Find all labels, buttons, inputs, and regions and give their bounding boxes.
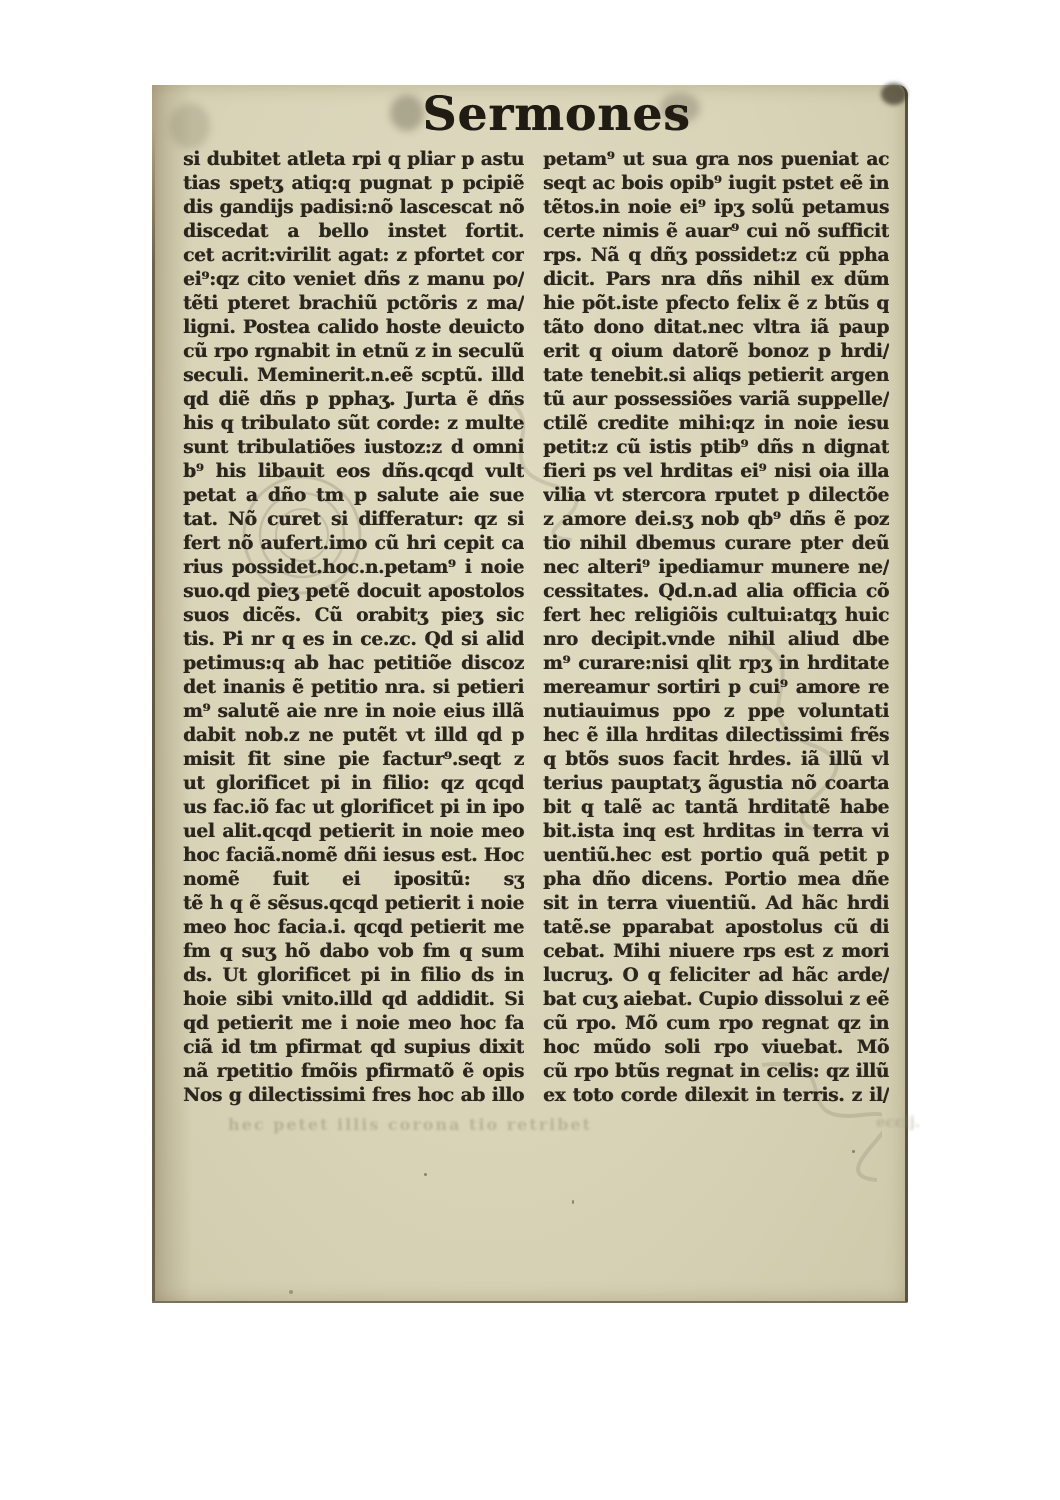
text-line: pha dño dicens. Portio mea dñe: [543, 868, 889, 892]
text-line: terius pauptatʒ ãgustia nõ coarta: [543, 772, 889, 796]
text-line: bit.ista inq est hrditas in terra vi: [543, 820, 889, 844]
text-line: seculi. Meminerit.n.eẽ scptũ. illd: [183, 364, 524, 388]
text-line: det inanis ẽ petitio nra. si petieri: [183, 676, 524, 700]
text-line: his q tribulato sũt corde: z multe: [183, 412, 524, 436]
text-line: qd petierit me i noie meo hoc fa: [183, 1012, 524, 1036]
text-line: discedat a bello instet fortit. dimi/: [183, 220, 524, 244]
text-line: seqt ac bois opib⁹ iugit pstet eẽ in: [543, 172, 889, 196]
ink-smudge: [170, 103, 210, 149]
text-column-left: si dubitet atleta rpi q pliar p astutias…: [183, 148, 524, 1108]
book-page: Sermones si dubitet atleta rpi q pliar p…: [152, 85, 908, 1303]
text-line: qd diẽ dñs p pphaʒ. Jurta ẽ dñs: [183, 388, 524, 412]
page-title: Sermones: [422, 87, 690, 142]
text-line: ciã id tm pfirmat qd supius dixit: [183, 1036, 524, 1060]
text-line: petat a dño tm p salute aie sue pe: [183, 484, 524, 508]
text-line: bat cuʒ aiebat. Cupio dissolui z eẽ: [543, 988, 889, 1012]
text-line: hie põt.iste pfecto felix ẽ z btũs q: [543, 292, 889, 316]
show-through-fragment: ecclj.: [876, 1113, 996, 1131]
text-line: ei⁹:qz cito veniet dñs z manu po/: [183, 268, 524, 292]
text-line: dis gandijs padisi:nõ lascescat nõ: [183, 196, 524, 220]
show-through-smudge: [390, 95, 424, 131]
text-line: cũ rpo. Mõ cum rpo regnat qz in: [543, 1012, 889, 1036]
text-line: ctilẽ credite mihi:qz in noie iesu n: [543, 412, 889, 436]
text-line: sit in terra viuentiũ. Ad hãc hrdi: [543, 892, 889, 916]
text-line: fm q suʒ hõ dabo vob fm q sum: [183, 940, 524, 964]
text-line: erit q oium datorẽ bonoz p hrdi/: [543, 340, 889, 364]
text-line: q btõs suos facit hrdes. iã illũ vl: [543, 748, 889, 772]
text-line: tũ aur possessiões variã suppelle/: [543, 388, 889, 412]
text-line: hoie sibi vnito.illd qd addidit. Si: [183, 988, 524, 1012]
text-line: si dubitet atleta rpi q pliar p astu: [183, 148, 524, 172]
text-line: m⁹ curare:nisi qlit rpʒ in hrditate: [543, 652, 889, 676]
text-line: petit:z cũ istis ptib⁹ dñs n dignat: [543, 436, 889, 460]
text-line: vilia vt stercora rputet p dilectõe: [543, 484, 889, 508]
paper-speck: [289, 1290, 293, 1294]
text-line: tate tenebit.si aliqs petierit argen: [543, 364, 889, 388]
corner-stain: [881, 83, 907, 105]
text-line: bit q talẽ ac tantã hrditatẽ habe: [543, 796, 889, 820]
paper-speck: [572, 1200, 574, 1204]
text-line: nomẽ fuit ei ipositũ: sʒ humanita/: [183, 868, 524, 892]
text-line: Nos g dilectissimi fres hoc ab illo: [183, 1084, 524, 1108]
text-line: nec alteri⁹ ipediamur munere ne/: [543, 556, 889, 580]
text-line: tẽtos.in noie ei⁹ ipʒ solũ petamus: [543, 196, 889, 220]
text-line: rps. Nã q dñʒ possidet:z cũ ppha: [543, 244, 889, 268]
text-line: lucruʒ. O q feliciter ad hãc arde/: [543, 964, 889, 988]
text-line: us fac.iõ fac ut glorificet pi in ipo: [183, 796, 524, 820]
text-line: tias spetʒ atiq:q pugnat p pcipiẽ: [183, 172, 524, 196]
text-line: fieri ps vel hrditas ei⁹ nisi oia illa: [543, 460, 889, 484]
text-line: dabit nob.z ne putẽt vt illd qd p: [183, 724, 524, 748]
text-line: hoc mũdo soli rpo viuebat. Mõ: [543, 1036, 889, 1060]
text-line: nro decipit.vnde nihil aliud dbe: [543, 628, 889, 652]
text-line: tẽ h q ẽ sẽsus.qcqd petierit i noie: [183, 892, 524, 916]
text-line: cessitates. Qd.n.ad alia officia cõ: [543, 580, 889, 604]
text-line: tio nihil dbemus curare pter deũ: [543, 532, 889, 556]
text-line: ex toto corde dilexit in terris. z il/: [543, 1084, 889, 1108]
text-line: tatẽ.se pparabat apostolus cũ di: [543, 916, 889, 940]
text-line: misit fit sine pie factur⁹.seqt z dic: [183, 748, 524, 772]
text-line: ligni. Postea calido hoste deuicto: [183, 316, 524, 340]
text-line: tãto dono ditat.nec vltra iã paup: [543, 316, 889, 340]
text-line: rius possidet.hoc.n.petam⁹ i noie: [183, 556, 524, 580]
text-line: ut glorificet pi in filio: qz qcqd fili: [183, 772, 524, 796]
text-line: hoc faciã.nomẽ dñi iesus est. Hoc: [183, 844, 524, 868]
text-line: sunt tribulatiões iustoz:z d omni: [183, 436, 524, 460]
text-line: fert hec religiõis cultui:atqʒ huic: [543, 604, 889, 628]
text-line: hec ẽ illa hrditas dilectissimi frẽs: [543, 724, 889, 748]
text-line: z amore dei.sʒ nob qb⁹ dñs ẽ poz: [543, 508, 889, 532]
text-line: petimus:q ab hac petitiõe discoz: [183, 652, 524, 676]
text-line: meo hoc facia.i. qcqd petierit me: [183, 916, 524, 940]
text-line: dicit. Pars nra dñs nihil ex dũm: [543, 268, 889, 292]
text-line: ds. Ut glorificet pi in filio ds in: [183, 964, 524, 988]
show-through-text: hec petet illis corona tio retribet: [228, 1115, 848, 1134]
text-line: cebat. Mihi niuere rps est z mori: [543, 940, 889, 964]
text-line: m⁹ salutẽ aie nre in noie eius illã: [183, 700, 524, 724]
text-line: uel alit.qcqd petierit in noie meo: [183, 820, 524, 844]
text-line: petam⁹ ut sua gra nos pueniat ac: [543, 148, 889, 172]
text-line: tẽti pteret brachiũ pctõris z ma/: [183, 292, 524, 316]
text-line: fert nõ aufert.imo cũ hri cepit ca: [183, 532, 524, 556]
paper-speck: [424, 1173, 427, 1176]
text-line: uentiũ.hec est portio quã petit p: [543, 844, 889, 868]
text-line: suos dicẽs. Cũ orabitʒ pieʒ sic dice: [183, 604, 524, 628]
text-column-right: petam⁹ ut sua gra nos pueniat acseqt ac …: [543, 148, 889, 1108]
text-line: suo.qd pieʒ petẽ docuit apostolos: [183, 580, 524, 604]
text-line: cũ rpo rgnabit in etnũ z in seculũ: [183, 340, 524, 364]
text-line: b⁹ his libauit eos dñs.qcqd vult: [183, 460, 524, 484]
text-line: certe nimis ẽ auar⁹ cui nõ sufficit: [543, 220, 889, 244]
paper-speck: [852, 1150, 855, 1153]
text-line: tat. Nõ curet si differatur: qz si dif: [183, 508, 524, 532]
text-line: cet acrit:virilit agat: z pfortet cor: [183, 244, 524, 268]
text-line: cũ rpo btũs regnat in celis: qz illũ: [543, 1060, 889, 1084]
text-line: tis. Pi nr q es in ce.zc. Qd si alid: [183, 628, 524, 652]
text-line: nã rpetitio fmõis pfirmatõ ẽ opis: [183, 1060, 524, 1084]
text-line: mereamur sortiri p cui⁹ amore re: [543, 676, 889, 700]
text-line: nutiauimus ppo z ppe voluntati: [543, 700, 889, 724]
